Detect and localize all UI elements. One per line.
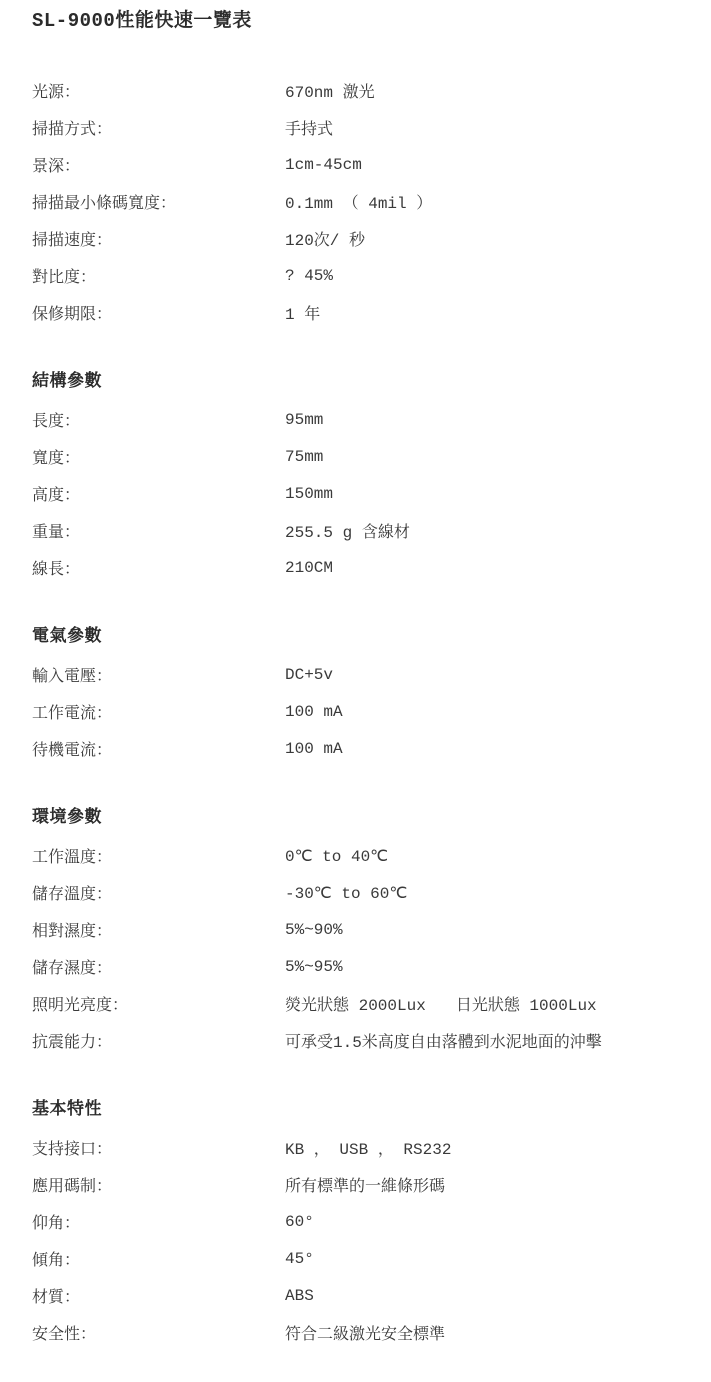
spec-label: 線長： [32, 556, 285, 579]
spec-label: 長度： [32, 408, 285, 431]
spec-row: 仰角：60° [32, 1203, 711, 1240]
spec-row: 儲存溫度：-30℃ to 60℃ [32, 874, 711, 911]
spec-row: 工作電流：100 mA [32, 693, 711, 730]
spec-value: 手持式 [285, 116, 333, 139]
spec-row: 應用碼制：所有標準的一維條形碼 [32, 1166, 711, 1203]
spec-row: 安全性：符合二級激光安全標準 [32, 1314, 711, 1351]
spec-label: 支持接口： [32, 1136, 285, 1159]
spec-row: 支持接口：KB ， USB ， RS232 [32, 1129, 711, 1166]
spec-value: 100 mA [285, 703, 343, 721]
spec-label: 照明光亮度： [32, 992, 285, 1015]
spec-value: DC+5v [285, 666, 333, 684]
spec-value: 5%~95% [285, 958, 343, 976]
spec-row: 傾角：45° [32, 1240, 711, 1277]
spec-value: 120次/ 秒 [285, 227, 365, 250]
spec-value: 0℃ to 40℃ [285, 846, 388, 866]
section-heading: 環境參數 [32, 800, 711, 837]
spec-value-secondary: 日光狀態 1000Lux [456, 992, 597, 1015]
spec-section: 光源：670nm 激光掃描方式：手持式景深：1cm-45cm掃描最小條碼寬度：0… [32, 72, 711, 331]
spec-row: 掃描方式：手持式 [32, 109, 711, 146]
spec-label: 應用碼制： [32, 1173, 285, 1196]
spec-label: 重量： [32, 519, 285, 542]
spec-label: 仰角： [32, 1210, 285, 1233]
spec-label: 景深： [32, 153, 285, 176]
spec-value: 670nm 激光 [285, 79, 375, 102]
spec-label: 安全性： [32, 1321, 285, 1344]
spec-sheet-page: SL-9000性能快速一覽表 光源：670nm 激光掃描方式：手持式景深：1cm… [0, 0, 711, 1382]
spec-label: 儲存濕度： [32, 955, 285, 978]
spec-value: -30℃ to 60℃ [285, 883, 407, 903]
spec-row: 光源：670nm 激光 [32, 72, 711, 109]
spec-row: 重量：255.5 g 含線材 [32, 512, 711, 549]
spec-row: 掃描最小條碼寬度：0.1mm （ 4mil ） [32, 183, 711, 220]
spec-label: 抗震能力： [32, 1029, 285, 1052]
spec-row: 寬度：75mm [32, 438, 711, 475]
spec-value: ABS [285, 1287, 314, 1305]
spec-row: 工作溫度：0℃ to 40℃ [32, 837, 711, 874]
spec-value: 1cm-45cm [285, 156, 362, 174]
spec-label: 相對濕度： [32, 918, 285, 941]
spec-value: 可承受1.5米高度自由落體到水泥地面的沖擊 [285, 1029, 602, 1052]
spec-label: 儲存溫度： [32, 881, 285, 904]
spec-row: 長度：95mm [32, 401, 711, 438]
page-title: SL-9000性能快速一覽表 [32, 3, 711, 39]
section-heading: 基本特性 [32, 1092, 711, 1129]
spec-label: 輸入電壓： [32, 663, 285, 686]
section-heading: 電氣參數 [32, 619, 711, 656]
spec-label: 寬度： [32, 445, 285, 468]
spec-value: 95mm [285, 411, 323, 429]
spec-row: 對比度：? 45% [32, 257, 711, 294]
spec-label: 光源： [32, 79, 285, 102]
spec-row: 照明光亮度：熒光狀態 2000Lux日光狀態 1000Lux [32, 985, 711, 1022]
spec-label: 待機電流： [32, 737, 285, 760]
spec-value: 60° [285, 1213, 314, 1231]
spec-row: 線長：210CM [32, 549, 711, 586]
spec-row: 景深：1cm-45cm [32, 146, 711, 183]
spec-value: KB ， USB ， RS232 [285, 1136, 451, 1159]
spec-sections: 光源：670nm 激光掃描方式：手持式景深：1cm-45cm掃描最小條碼寬度：0… [32, 72, 711, 1351]
spec-row: 抗震能力：可承受1.5米高度自由落體到水泥地面的沖擊 [32, 1022, 711, 1059]
spec-row: 相對濕度：5%~90% [32, 911, 711, 948]
spec-value: 符合二級激光安全標準 [285, 1321, 445, 1344]
spec-section: 基本特性支持接口：KB ， USB ， RS232應用碼制：所有標準的一維條形碼… [32, 1092, 711, 1351]
spec-row: 輸入電壓：DC+5v [32, 656, 711, 693]
spec-label: 對比度： [32, 264, 285, 287]
spec-label: 工作溫度： [32, 844, 285, 867]
spec-label: 高度： [32, 482, 285, 505]
spec-value: 5%~90% [285, 921, 343, 939]
spec-value: 熒光狀態 2000Lux [285, 992, 426, 1015]
spec-row: 待機電流：100 mA [32, 730, 711, 767]
spec-row: 高度：150mm [32, 475, 711, 512]
spec-section: 環境參數工作溫度：0℃ to 40℃儲存溫度：-30℃ to 60℃相對濕度：5… [32, 800, 711, 1059]
section-heading: 結構參數 [32, 364, 711, 401]
spec-row: 保修期限：1 年 [32, 294, 711, 331]
spec-label: 材質： [32, 1284, 285, 1307]
spec-label: 掃描速度： [32, 227, 285, 250]
spec-row: 掃描速度：120次/ 秒 [32, 220, 711, 257]
spec-row: 材質：ABS [32, 1277, 711, 1314]
spec-value: 所有標準的一維條形碼 [285, 1173, 445, 1196]
spec-label: 保修期限： [32, 301, 285, 324]
spec-label: 傾角： [32, 1247, 285, 1270]
spec-value: 150mm [285, 485, 333, 503]
spec-value: 100 mA [285, 740, 343, 758]
spec-label: 工作電流： [32, 700, 285, 723]
spec-value: 1 年 [285, 301, 320, 324]
spec-value: 45° [285, 1250, 314, 1268]
spec-value: 210CM [285, 559, 333, 577]
spec-label: 掃描方式： [32, 116, 285, 139]
spec-section: 電氣參數輸入電壓：DC+5v工作電流：100 mA待機電流：100 mA [32, 619, 711, 767]
spec-value: ? 45% [285, 267, 333, 285]
spec-value: 0.1mm （ 4mil ） [285, 190, 432, 213]
spec-value: 75mm [285, 448, 323, 466]
spec-value: 255.5 g 含線材 [285, 519, 410, 542]
spec-row: 儲存濕度：5%~95% [32, 948, 711, 985]
spec-section: 結構參數長度：95mm寬度：75mm高度：150mm重量：255.5 g 含線材… [32, 364, 711, 586]
spec-label: 掃描最小條碼寬度： [32, 190, 285, 213]
